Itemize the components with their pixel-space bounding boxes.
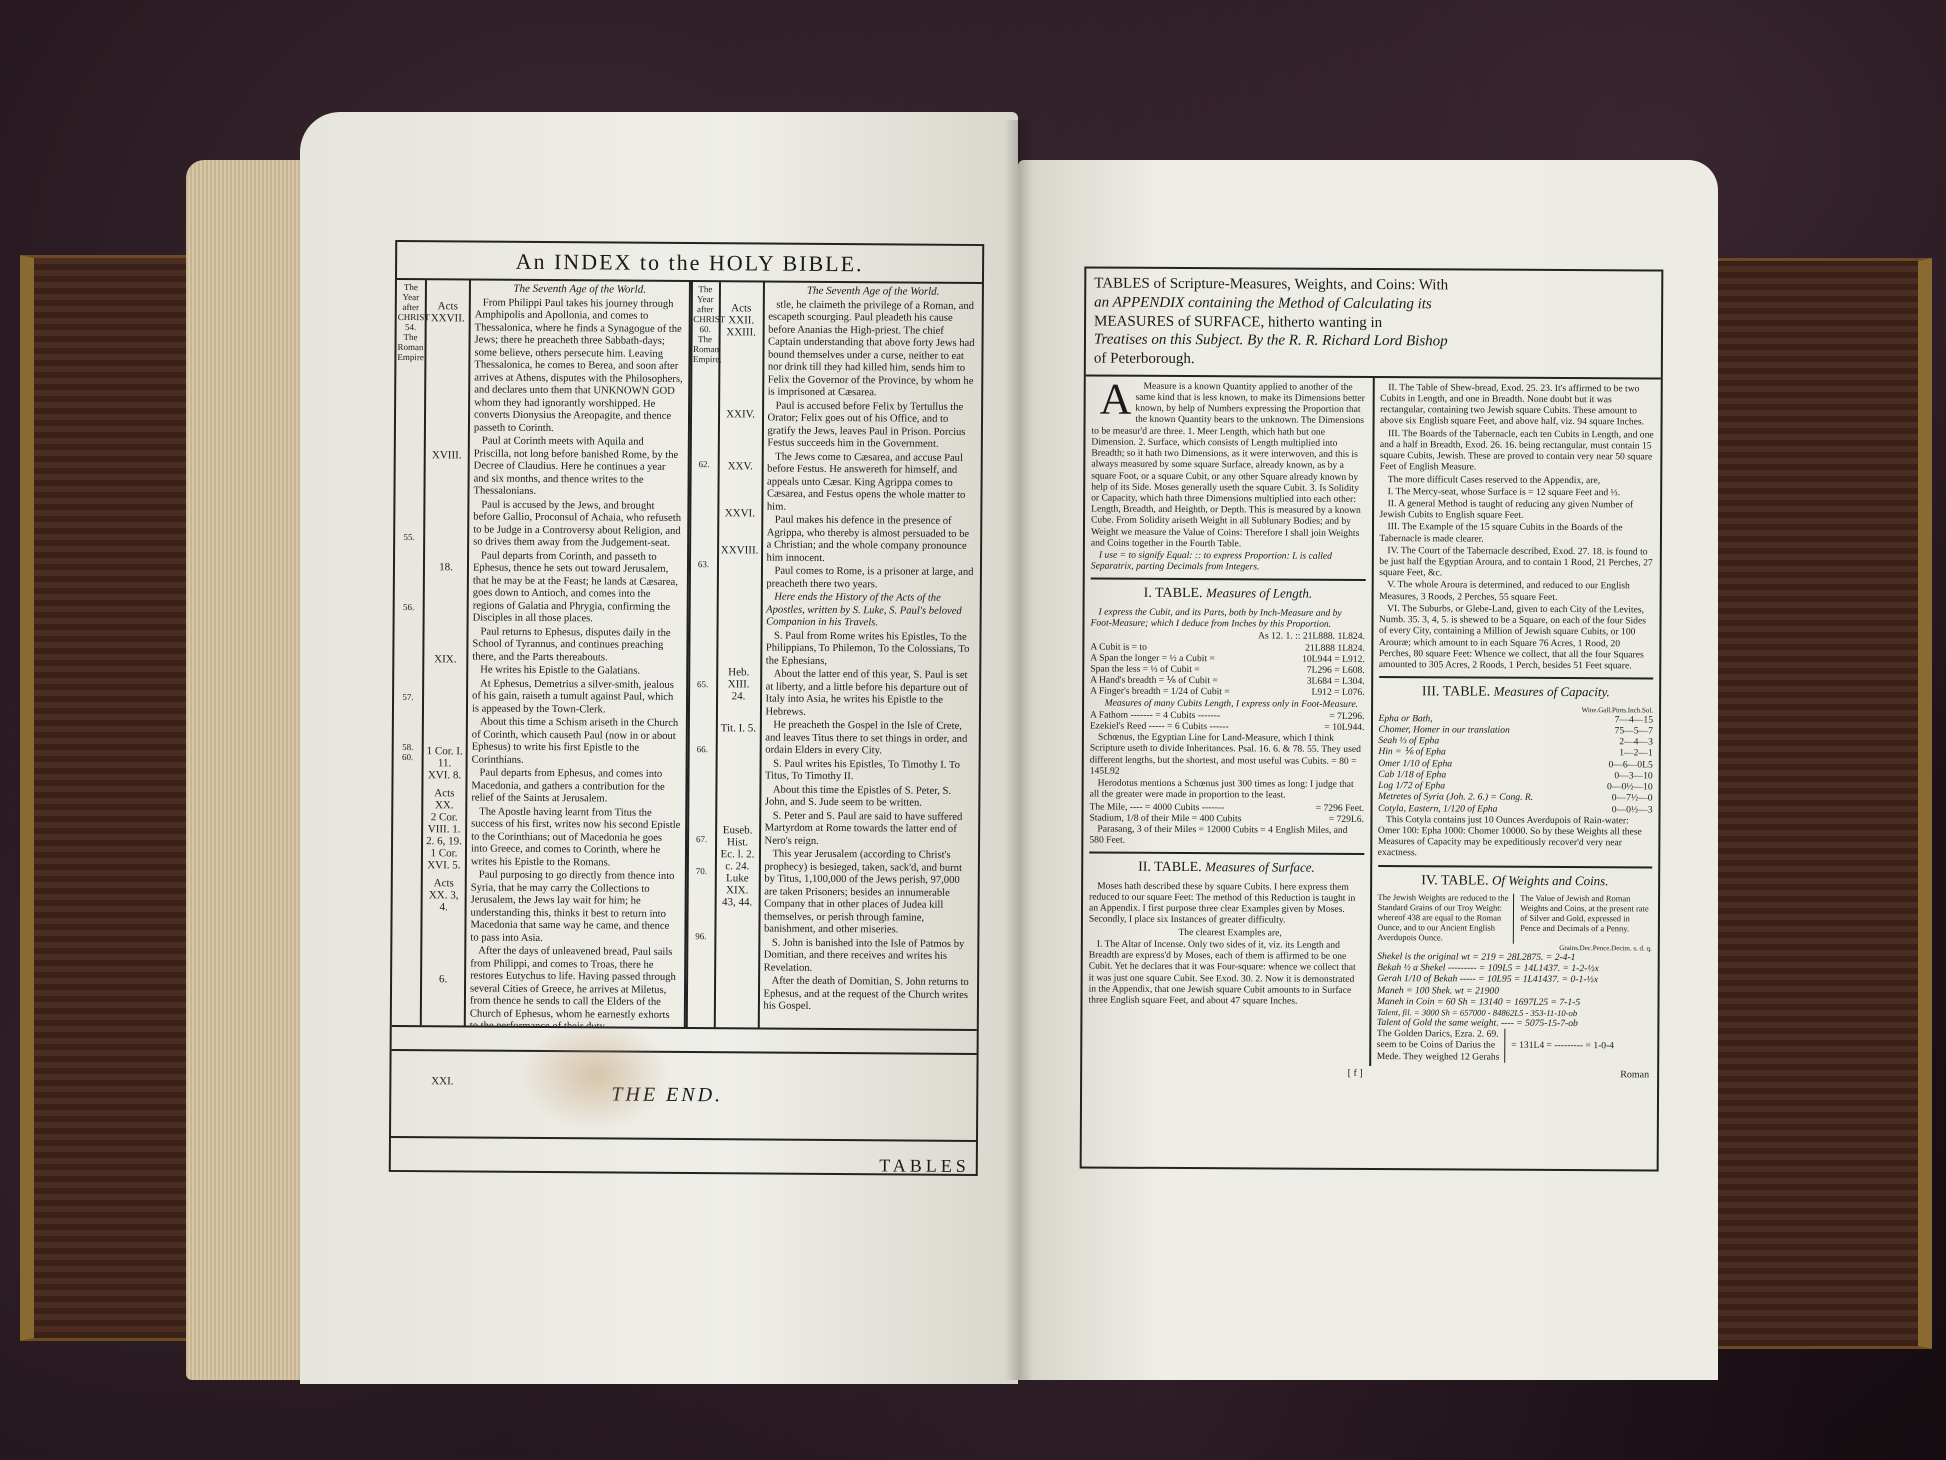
note: Measures of many Cubits Length, I expres… (1090, 697, 1365, 710)
case-text: II. A general Method is taught of reduci… (1380, 498, 1655, 522)
foot: = L608. (1334, 665, 1365, 676)
value: 1—2—1 (1619, 748, 1653, 759)
weights-right-note: The Value of Jewish and Roman Weights an… (1520, 894, 1652, 944)
table-subtitle: Measures of Length. (1206, 586, 1312, 602)
value: 0—0½—10 (1607, 781, 1653, 792)
entry-text: Paul is accused before Felix by Tertullu… (767, 401, 977, 452)
entry-text: Paul is accused by the Jews, and brought… (473, 499, 683, 550)
schoenus: Schœnus, the Egyptian Line for Land-Meas… (1090, 732, 1365, 778)
label: Stadium, 1/8 of their Mile = 400 Cubits (1089, 812, 1241, 824)
right-page-footer: [ f ] Roman (1082, 1064, 1657, 1082)
tables-title: TABLES of Scripture-Measures, Weights, a… (1086, 269, 1662, 380)
year: 56. (396, 602, 422, 612)
label: Parasang, 3 of their Miles = 12000 Cubit… (1097, 824, 1258, 836)
book-cover-right (1715, 258, 1932, 1349)
value: = 10L944. (1324, 722, 1364, 733)
entry-text: Paul departs from Ephesus, and comes int… (471, 768, 681, 807)
table3-heading: III. TABLE. Measures of Capacity. (1379, 676, 1654, 702)
book-gutter (1005, 120, 1033, 1380)
table2-heading: II. TABLE. Measures of Surface. (1089, 852, 1364, 878)
case-text: I. The Mercy-seat, whose Surface is = 12… (1380, 486, 1655, 499)
year: 62. (692, 459, 716, 469)
inch: 10L944 (1302, 653, 1332, 664)
value: 75—5—7 (1615, 725, 1653, 736)
entry-text: About this time the Epistles of S. Peter… (765, 785, 975, 811)
label: Chomer, Homer in our translation (1378, 724, 1509, 736)
table-subtitle: Of Weights and Coins. (1492, 872, 1609, 888)
tables-right-column: II. The Table of Shew-bread, Exod. 25. 2… (1369, 378, 1661, 1068)
case-text: V. The whole Aroura is determined, and r… (1379, 580, 1654, 604)
label: A Finger's breadth = 1/24 of Cubit = (1090, 686, 1230, 698)
inch: 3L684 (1307, 676, 1332, 687)
foot: = L912. (1334, 654, 1365, 665)
case-text: The more difficult Cases reserved to the… (1380, 474, 1655, 487)
foxing-stain (520, 1020, 670, 1130)
label: A Fathom ------- = 4 Cubits ------- (1090, 709, 1220, 721)
title-line: an APPENDIX containing the Method of Cal… (1094, 293, 1653, 315)
year: 63. (691, 559, 715, 569)
scripture-ref: XXVI. (721, 507, 759, 519)
scripture-ref: Luke XIX. 43, 44. (718, 872, 756, 908)
entry-text: Paul returns to Ephesus, disputes daily … (472, 626, 682, 665)
drop-cap: A (1092, 380, 1132, 418)
year: 67. (690, 834, 714, 844)
scripture-ref: Acts XX. 3, 4. (425, 877, 463, 913)
left-text-frame: An INDEX to the HOLY BIBLE. The Year aft… (389, 240, 984, 1176)
scripture-ref: 6. (424, 973, 462, 985)
title-line: of Peterborough. (1094, 350, 1653, 372)
year: 66. (690, 744, 714, 754)
scripture-ref: 1 Cor. XVI. 5. (425, 847, 463, 871)
scripture-ref: Tit. I. 5. (719, 722, 757, 734)
label: Cab 1/18 of Epha (1378, 769, 1446, 781)
value: 0—0½—3 (1612, 804, 1653, 815)
label: Hin = ⅙ of Epha (1378, 746, 1446, 758)
scripture-ref: Acts XXVII. (429, 300, 467, 324)
label: The Mile, ---- = 4000 Cubits ------- (1090, 801, 1225, 813)
entry-text: Here ends the History of the Acts of the… (766, 592, 976, 631)
year: 65. (691, 679, 715, 689)
label: A Cubit is = to (1090, 641, 1147, 653)
table-subtitle: Measures of Capacity. (1494, 684, 1610, 700)
scripture-ref: XXIV. (722, 408, 760, 420)
label: Log 1/72 of Epha (1378, 780, 1445, 792)
entry-text: He writes his Epistle to the Galatians. (472, 665, 682, 679)
value: 0—6—0L5 (1608, 759, 1652, 770)
entry-text: stle, he claimeth the privilege of a Rom… (768, 300, 978, 401)
inch: L912 (1311, 687, 1331, 698)
entry-text: The Apostle having learnt from Titus the… (471, 806, 681, 870)
entry-text: S. Paul writes his Epistles, To Timothy … (765, 759, 975, 785)
value: 0—3—10 (1614, 770, 1652, 781)
entry-text: S. Paul from Rome writes his Epistles, T… (766, 631, 976, 670)
foot: 1L824. (1337, 642, 1365, 653)
daric-text: The Golden Darics, Ezra. 2. 69. seem to … (1377, 1028, 1506, 1062)
year: 54. (398, 322, 424, 332)
example-1: I. The Altar of Incense. Only two sides … (1088, 938, 1363, 1007)
entry-text: After the days of unleavened bread, Paul… (470, 946, 680, 1027)
scripture-ref: XXV. (721, 460, 759, 472)
table2-text: Moses hath described these by square Cub… (1089, 880, 1364, 926)
scripture-ref: 2 Cor. VIII. 1. 2. 6, 19. (425, 811, 463, 847)
the-end: THE END. (391, 1051, 977, 1142)
table4-heading: IV. TABLE. Of Weights and Coins. (1378, 865, 1653, 891)
inch: 7L296 (1307, 665, 1332, 676)
ref-column-b: Acts XXII. XXIII. XXIV. XXV. XXVI. XXVII… (715, 282, 764, 1027)
table1-heading: I. TABLE. Measures of Length. (1091, 578, 1366, 604)
entry-text: After the death of Domitian, S. John ret… (763, 976, 973, 1015)
year-header: The Year after CHRIST (693, 284, 717, 324)
case-text: II. The Table of Shew-bread, Exod. 25. 2… (1380, 382, 1655, 428)
title-line: TABLES of Scripture-Measures, Weights, a… (1094, 275, 1653, 297)
entry-text: He preacheth the Gospel in the Isle of C… (765, 720, 975, 759)
entry-text: The Jews come to Cæsarea, and accuse Pau… (767, 452, 977, 516)
year: 58. (395, 742, 421, 752)
age-heading: The Seventh Age of the World. (768, 285, 978, 299)
scripture-ref: 1 Cor. I. 11. XVI. 8. (425, 745, 463, 781)
entry-text: About the latter end of this year, S. Pa… (765, 669, 975, 720)
label: Cotyla, Eastern, 1/120 of Epha (1378, 803, 1497, 815)
scripture-ref: XVIII. (428, 449, 466, 461)
age-heading: The Seventh Age of the World. (475, 283, 685, 297)
label: A Span the longer = ½ a Cubit = (1090, 652, 1215, 664)
table1-intro: I express the Cubit, and its Parts, both… (1090, 606, 1365, 630)
tables-left-column: AMeasure is a known Quantity applied to … (1082, 376, 1372, 1066)
label: Omer 1/10 of Epha (1378, 758, 1452, 770)
right-text-frame: TABLES of Scripture-Measures, Weights, a… (1080, 266, 1664, 1171)
value: 0—7½—0 (1612, 793, 1653, 804)
year: The Roman Empire. (397, 332, 423, 362)
value: = 729L6. (1329, 814, 1364, 825)
entry-text: From Philippi Paul takes his journey thr… (474, 297, 684, 436)
label: A Hand's breadth = ⅙ of Cubit = (1090, 675, 1218, 687)
case-text: VI. The Suburbs, or Glebe-Land, given to… (1379, 603, 1654, 672)
mile-row: Parasang, 3 of their Miles = 12000 Cubit… (1089, 824, 1364, 848)
catchword-tables: TABLES (391, 1138, 976, 1191)
weights-notes: The Jewish Weights are reduced to the St… (1377, 893, 1652, 944)
measure-row: A Finger's breadth = 1/24 of Cubit =L912… (1090, 686, 1365, 699)
ref-column-a: Acts XXVII. XVIII. 18. XIX. 1 Cor. I. 11… (422, 280, 471, 1025)
index-columns: The Year after CHRIST 54. The Roman Empi… (392, 280, 982, 1031)
label: Span the less = ⅓ of Cubit = (1090, 663, 1199, 675)
scripture-ref: XXVIII. (721, 544, 759, 556)
entry-text: S. John is banished into the Isle of Pat… (764, 938, 974, 977)
case-text: III. The Example of the 15 square Cubits… (1379, 521, 1654, 545)
entry-text: Paul purposing to go directly from thenc… (470, 870, 680, 946)
daric-row: The Golden Darics, Ezra. 2. 69. seem to … (1377, 1028, 1652, 1063)
table-number: I. TABLE. (1144, 586, 1203, 601)
label: Ezekiel's Reed ----- = 6 Cubits ------ (1090, 721, 1229, 733)
capacity-note: This Cotyla contains just 10 Ounces Aver… (1378, 814, 1653, 860)
examples-heading: The clearest Examples are, (1089, 926, 1364, 939)
case-text: IV. The Court of the Tabernacle describe… (1379, 545, 1654, 580)
scripture-ref: Acts XX. (425, 787, 463, 811)
scripture-ref: XIX. (426, 653, 464, 665)
scripture-ref: Heb. XIII. 24. (720, 666, 758, 702)
value: 2—4—3 (1619, 737, 1653, 748)
index-title: An INDEX to the HOLY BIBLE. (397, 242, 982, 284)
entry-text: S. Peter and S. Paul are said to have su… (765, 811, 975, 850)
label: Seah ⅓ of Epha (1378, 735, 1439, 747)
year: 60. (395, 752, 421, 762)
daric-value: = 131L4 = --------- = 1-0-4 (1511, 1040, 1614, 1052)
year: 60. (693, 324, 717, 334)
table-number: IV. TABLE. (1421, 873, 1488, 888)
value: = 7296 Feet. (1316, 802, 1364, 813)
year: 96. (689, 931, 713, 941)
text-column-a: The Seventh Age of the World. From Phili… (466, 280, 691, 1027)
value: = 7L296. (1329, 711, 1364, 722)
entry-text: Paul comes to Rome, is a prisoner at lar… (766, 566, 976, 592)
table-subtitle: Measures of Surface. (1205, 860, 1315, 876)
scripture-ref: Acts XXII. XXIII. (722, 302, 760, 338)
year: 70. (689, 866, 713, 876)
scripture-ref: Euseb. Hist. Ec. l. 2. c. 24. (718, 824, 756, 872)
entry-text: At Ephesus, Demetrius a silver-smith, je… (472, 678, 682, 717)
label: Epha or Bath, (1378, 713, 1432, 725)
inch: 21L888 (1305, 642, 1335, 653)
entry-text: This year Jerusalem (according to Christ… (764, 849, 974, 938)
label: Metretes of Syria (Joh. 2. 6.) = Cong. R… (1378, 791, 1533, 803)
catchword-roman: Roman (1620, 1069, 1649, 1080)
proportion: As 12. 1. :: 21L888. 1L824. (1258, 631, 1365, 643)
foot: = L076. (1334, 687, 1365, 698)
value: 7—4—15 (1615, 714, 1653, 725)
tables-body: AMeasure is a known Quantity applied to … (1082, 376, 1661, 1067)
entry-text: About this time a Schism ariseth in the … (472, 717, 682, 768)
table-number: III. TABLE. (1422, 684, 1490, 699)
entry-text: Paul at Corinth meets with Aquila and Pr… (473, 436, 683, 500)
table-number: II. TABLE. (1138, 860, 1202, 875)
scripture-ref: 18. (427, 561, 465, 573)
foot: = L304. (1334, 676, 1365, 687)
text-column-b: The Seventh Age of the World. stle, he c… (759, 283, 982, 1030)
notation-note: I use = to signify Equal: :: to express … (1091, 550, 1366, 574)
year: 55. (396, 532, 422, 542)
intro-text: Measure is a known Quantity applied to a… (1091, 381, 1365, 550)
case-text: III. The Boards of the Tabernacle, each … (1380, 428, 1655, 474)
entry-text: Paul departs from Corinth, and passeth t… (473, 550, 683, 626)
year: The Roman Empire. (693, 334, 717, 364)
herodotus-note: Herodotus mentions a Schœnus just 300 ti… (1090, 778, 1365, 802)
entry-text: Paul makes his defence in the presence o… (767, 515, 977, 566)
weights-left-note: The Jewish Weights are reduced to the St… (1377, 893, 1514, 943)
year: 57. (395, 692, 421, 702)
year-header: The Year after CHRIST (398, 282, 424, 322)
scripture-ref: XXI. (423, 1075, 461, 1087)
page-edges (186, 160, 316, 1380)
signature-mark: [ f ] (1348, 1068, 1363, 1079)
